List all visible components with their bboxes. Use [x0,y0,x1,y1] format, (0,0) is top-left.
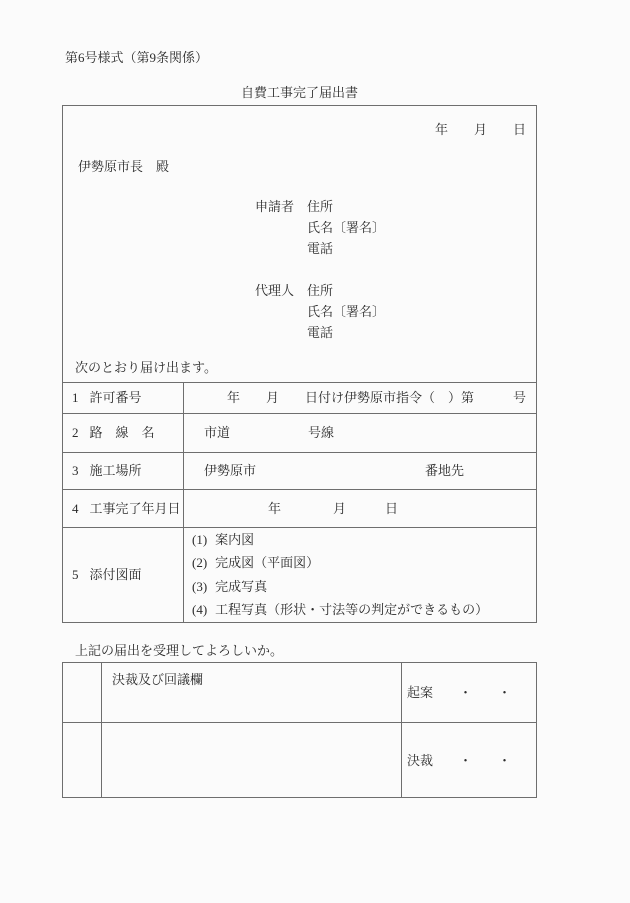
applicant-role-label: 申請者 [255,196,294,259]
row-label: 工事完了年月日 [90,498,181,519]
document-title: 自費工事完了届出書 [62,82,537,103]
route-name-value: 市道 号線 [204,422,334,443]
permit-number-value: 年 月 日付け伊勢原市指令（ ）第 号 [227,387,526,408]
row-number: 2 [72,422,79,443]
stamp-cell [63,663,102,722]
applicant-name-label: 氏名〔署名〕 [307,217,385,238]
row-number: 5 [72,564,79,585]
decision-date-cell: 決裁 ・ ・ [402,723,536,797]
table-row-permit-number: 1 許可番号 年 月 日付け伊勢原市指令（ ）第 号 [63,382,536,413]
approval-row-draft: 決裁及び回議欄 起案 ・ ・ [63,663,536,723]
attachment-label: 完成写真 [215,575,267,599]
completion-date-value: 年 月 日 [268,498,398,519]
council-cell-empty [102,723,402,797]
items-table: 1 許可番号 年 月 日付け伊勢原市指令（ ）第 号 2 路 線 名 市道 号線 [63,382,536,622]
attachment-item: (4) 工程写真（形状・寸法等の判定ができるもの） [192,598,536,622]
council-label: 決裁及び回議欄 [112,672,203,687]
agent-role-label: 代理人 [255,280,294,343]
draft-date-cell: 起案 ・ ・ [402,663,536,722]
row-label-cell: 3 施工場所 [63,453,184,490]
attachment-item: (3) 完成写真 [192,575,536,599]
approval-row-decision: 決裁 ・ ・ [63,723,536,797]
row-number: 1 [72,387,79,408]
work-site-value: 伊勢原市 番地先 [204,460,464,481]
row-value-cell: 伊勢原市 番地先 [184,453,536,490]
form-main-box: 年 月 日 伊勢原市長 殿 申請者 住所 氏名〔署名〕 電話 代理人 住所 氏名… [62,105,537,623]
attachment-label: 案内図 [215,528,254,552]
row-label: 施工場所 [90,460,142,481]
decision-date-line: 決裁 ・ ・ [407,750,511,771]
applicant-block: 申請者 住所 氏名〔署名〕 電話 [255,196,385,259]
attachment-number: (3) [192,575,207,599]
applicant-lines: 住所 氏名〔署名〕 電話 [307,196,385,259]
row-label: 路 線 名 [90,422,155,443]
stamp-cell [63,723,102,797]
attachment-item: (1) 案内図 [192,528,536,552]
attachment-label: 完成図（平面図） [215,551,319,575]
table-row-completion-date: 4 工事完了年月日 年 月 日 [63,489,536,527]
agent-address-label: 住所 [307,280,385,301]
approval-table: 決裁及び回議欄 起案 ・ ・ 決裁 ・ ・ [62,662,537,798]
row-label-cell: 5 添付図面 [63,528,184,622]
table-row-attached-drawings: 5 添付図面 (1) 案内図 (2) 完成図（平面図） (3) 完成写真 [63,527,536,622]
agent-block: 代理人 住所 氏名〔署名〕 電話 [255,280,385,343]
row-label-cell: 4 工事完了年月日 [63,490,184,527]
row-label: 添付図面 [90,564,142,585]
agent-lines: 住所 氏名〔署名〕 電話 [307,280,385,343]
applicant-phone-label: 電話 [307,238,385,259]
form-number: 第6号様式（第9条関係） [65,47,208,68]
approval-prompt: 上記の届出を受理してよろしいか。 [75,640,283,661]
row-value-cell: 年 月 日付け伊勢原市指令（ ）第 号 [184,383,536,413]
row-value-cell: 年 月 日 [184,490,536,527]
applicant-address-label: 住所 [307,196,385,217]
date-line: 年 月 日 [435,119,526,140]
row-label: 許可番号 [90,387,142,408]
agent-name-label: 氏名〔署名〕 [307,301,385,322]
row-label-cell: 2 路 線 名 [63,414,184,452]
attachments-list: (1) 案内図 (2) 完成図（平面図） (3) 完成写真 (4) 工程写真（形… [184,528,536,622]
agent-phone-label: 電話 [307,322,385,343]
draft-date-line: 起案 ・ ・ [407,682,511,703]
document-page: 第6号様式（第9条関係） 自費工事完了届出書 年 月 日 伊勢原市長 殿 申請者… [0,0,630,903]
notice-line: 次のとおり届け出ます。 [75,357,217,378]
table-row-work-site: 3 施工場所 伊勢原市 番地先 [63,452,536,490]
attachment-label: 工程写真（形状・寸法等の判定ができるもの） [215,598,488,622]
row-number: 3 [72,460,79,481]
row-value-cell: 市道 号線 [184,414,536,452]
attachment-number: (4) [192,598,207,622]
row-label-cell: 1 許可番号 [63,383,184,413]
addressee-line: 伊勢原市長 殿 [78,156,169,177]
table-row-route-name: 2 路 線 名 市道 号線 [63,413,536,452]
row-number: 4 [72,498,79,519]
council-cell: 決裁及び回議欄 [102,663,402,722]
attachment-number: (1) [192,528,207,552]
attachment-number: (2) [192,551,207,575]
attachment-item: (2) 完成図（平面図） [192,551,536,575]
